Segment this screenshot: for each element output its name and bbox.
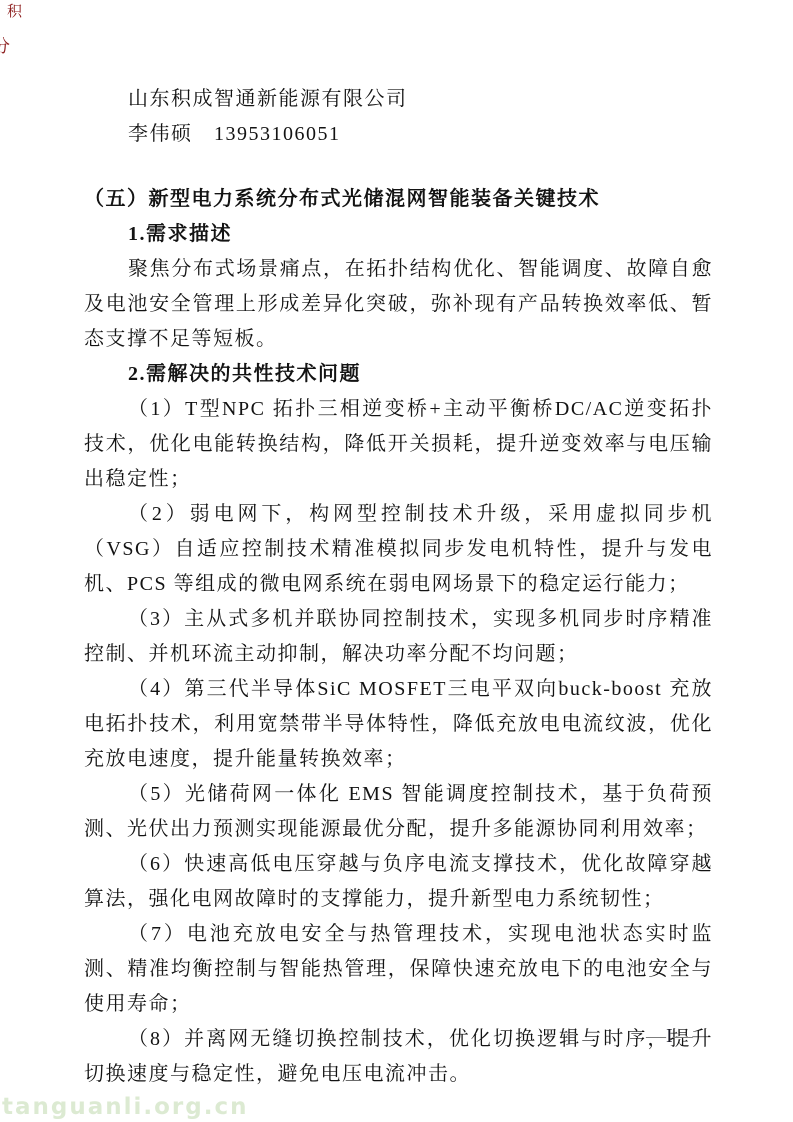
page-number-left-dash: — <box>646 1025 666 1047</box>
tech-item-8: （8）并离网无缝切换控制技术，优化切换逻辑与时序，提升切换速度与稳定性，避免电压… <box>84 1022 713 1092</box>
tech-item-6: （6）快速高低电压穿越与负序电流支撑技术，优化故障穿越算法，强化电网故障时的支撑… <box>84 847 713 917</box>
subsection-1-title: 1.需求描述 <box>84 217 713 252</box>
tech-item-7: （7）电池充放电安全与热管理技术，实现电池状态实时监测、精准均衡控制与智能热管理… <box>84 917 713 1022</box>
tech-item-3: （3）主从式多机并联协同控制技术，实现多机同步时序精准控制、并机环流主动抑制，解… <box>84 602 713 672</box>
red-stamp-fragment-top: 积 <box>7 5 22 20</box>
contact-line: 李伟硕 13953106051 <box>84 117 713 152</box>
tech-item-4: （4）第三代半导体SiC MOSFET三电平双向buck-boost 充放电拓扑… <box>84 672 713 777</box>
tech-item-2: （2）弱电网下，构网型控制技术升级，采用虚拟同步机（VSG）自适应控制技术精准模… <box>84 497 713 602</box>
demand-description-paragraph: 聚焦分布式场景痛点，在拓扑结构优化、智能调度、故障自愈及电池安全管理上形成差异化… <box>84 252 713 357</box>
page-number-right-dash: — <box>673 1025 693 1047</box>
page-number-numeral: I <box>666 1025 673 1047</box>
company-name-line: 山东积成智通新能源有限公司 <box>84 82 713 117</box>
section-heading: （五）新型电力系统分布式光储混网智能装备关键技术 <box>84 182 713 217</box>
tech-item-5: （5）光储荷网一体化 EMS 智能调度控制技术，基于负荷预测、光伏出力预测实现能… <box>84 777 713 847</box>
site-watermark: tanguanli.org.cn <box>2 1094 248 1120</box>
subsection-2-title: 2.需解决的共性技术问题 <box>84 357 713 392</box>
document-body: 山东积成智通新能源有限公司 李伟硕 13953106051 （五）新型电力系统分… <box>84 82 713 1092</box>
page-number: —I— <box>646 1024 693 1048</box>
document-page: 积 分 山东积成智通新能源有限公司 李伟硕 13953106051 （五）新型电… <box>0 0 793 1122</box>
red-stamp-fragment-edge: 分 <box>0 37 11 56</box>
tech-item-1: （1）T型NPC 拓扑三相逆变桥+主动平衡桥DC/AC逆变拓扑技术，优化电能转换… <box>84 392 713 497</box>
